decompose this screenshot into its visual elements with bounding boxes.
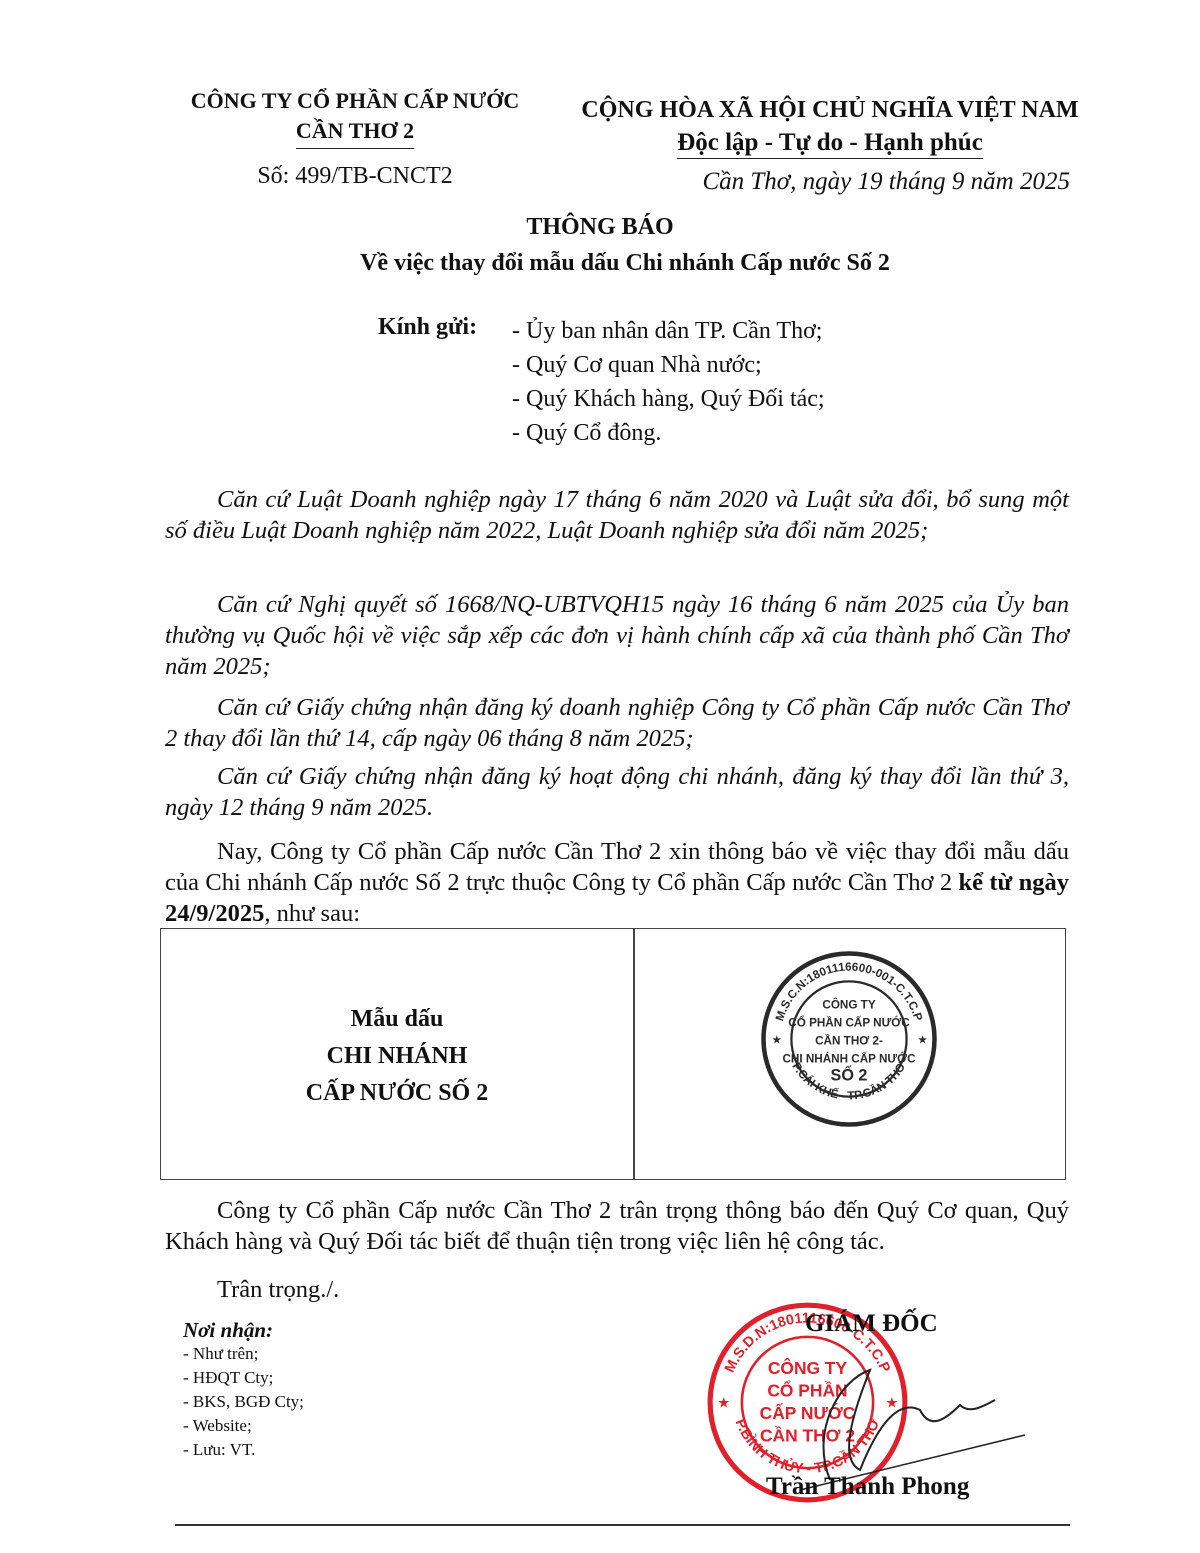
document-title: THÔNG BÁO: [0, 214, 1200, 241]
distribution-item: - BKS, BGĐ Cty;: [183, 1390, 304, 1414]
place-date: Cần Thơ, ngày 19 tháng 9 năm 2025: [600, 168, 1070, 196]
svg-text:★: ★: [917, 1034, 927, 1047]
distribution-item: - Website;: [183, 1414, 304, 1438]
distribution-label: Nơi nhận:: [183, 1318, 304, 1342]
svg-text:SỐ 2: SỐ 2: [831, 1064, 868, 1084]
recipients-label: Kính gửi:: [378, 314, 477, 341]
signer-title: GIÁM ĐỐC: [805, 1310, 938, 1338]
legal-basis-4: Căn cứ Giấy chứng nhận đăng ký hoạt động…: [165, 761, 1069, 823]
regards: Trân trọng./.: [165, 1274, 1069, 1305]
svg-text:CÔNG TY: CÔNG TY: [822, 998, 875, 1011]
svg-text:CỔ PHẦN CẤP NƯỚC: CỔ PHẦN CẤP NƯỚC: [788, 1016, 910, 1029]
announcement-paragraph: Nay, Công ty Cổ phần Cấp nước Cần Thơ 2 …: [165, 836, 1069, 929]
svg-text:CHI NHÁNH CẤP NƯỚC: CHI NHÁNH CẤP NƯỚC: [782, 1052, 916, 1065]
org-name-line1: CÔNG TY CỔ PHẦN CẤP NƯỚC: [160, 86, 550, 116]
national-motto: Độc lập - Tự do - Hạnh phúc: [677, 128, 983, 159]
svg-text:★: ★: [772, 1034, 782, 1047]
svg-text:★: ★: [717, 1396, 730, 1412]
svg-text:CẦN THƠ 2-: CẦN THƠ 2-: [815, 1034, 883, 1047]
document-subtitle: Về việc thay đổi mẫu dấu Chi nhánh Cấp n…: [0, 250, 1200, 277]
recipients-list: - Ủy ban nhân dân TP. Cần Thơ; - Quý Cơ …: [512, 314, 825, 450]
recipient-item: - Quý Khách hàng, Quý Đối tác;: [512, 382, 825, 416]
org-name-line2: CẦN THƠ 2: [296, 116, 414, 149]
branch-seal-stamp: M.S.C.N:1801116600-001-C.T.C.P P.CÁI KHẾ…: [759, 949, 939, 1129]
recipient-item: - Ủy ban nhân dân TP. Cần Thơ;: [512, 314, 825, 348]
table-divider: [633, 929, 635, 1179]
footer-divider: [175, 1524, 1070, 1526]
distribution-item: - Như trên;: [183, 1342, 304, 1366]
closing-paragraph: Công ty Cổ phần Cấp nước Cần Thơ 2 trân …: [165, 1195, 1069, 1257]
distribution-list: Nơi nhận: - Như trên; - HĐQT Cty; - BKS,…: [183, 1318, 304, 1462]
issuing-organization: CÔNG TY CỔ PHẦN CẤP NƯỚC CẦN THƠ 2: [160, 86, 550, 149]
recipient-item: - Quý Cổ đông.: [512, 416, 825, 450]
distribution-item: - HĐQT Cty;: [183, 1366, 304, 1390]
legal-basis-3: Căn cứ Giấy chứng nhận đăng ký doanh ngh…: [165, 692, 1069, 754]
recipient-item: - Quý Cơ quan Nhà nước;: [512, 348, 825, 382]
document-number: Số: 499/TB-CNCT2: [160, 163, 550, 190]
signer-name: Trần Thanh Phong: [766, 1473, 969, 1501]
legal-basis-1: Căn cứ Luật Doanh nghiệp ngày 17 tháng 6…: [165, 484, 1069, 546]
seal-label: Mẫu dấu CHI NHÁNH CẤP NƯỚC SỐ 2: [161, 1001, 633, 1112]
country-name: CỘNG HÒA XÃ HỘI CHỦ NGHĨA VIỆT NAM: [580, 94, 1080, 127]
legal-basis-2: Căn cứ Nghị quyết số 1668/NQ-UBTVQH15 ng…: [165, 589, 1069, 682]
seal-sample-table: Mẫu dấu CHI NHÁNH CẤP NƯỚC SỐ 2 M.S.C.N:…: [160, 928, 1066, 1180]
distribution-item: - Lưu: VT.: [183, 1438, 304, 1462]
national-header: CỘNG HÒA XÃ HỘI CHỦ NGHĨA VIỆT NAM Độc l…: [580, 94, 1080, 160]
